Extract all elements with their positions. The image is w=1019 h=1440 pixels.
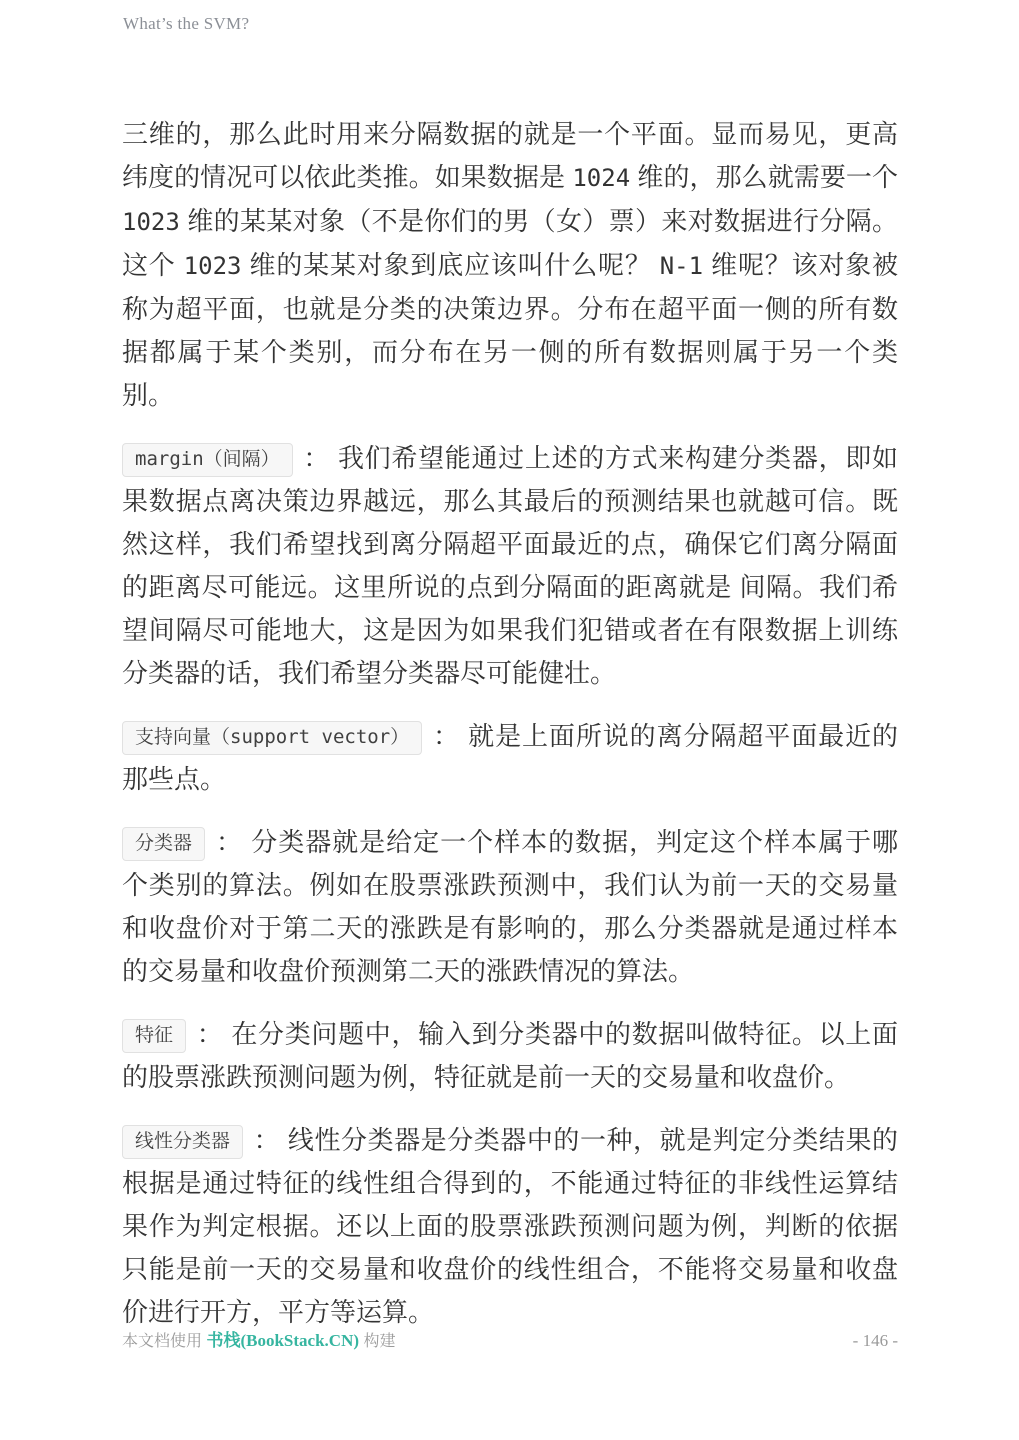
footer-prefix: 本文档使用 — [122, 1333, 202, 1350]
inline-code: 1024 — [572, 164, 630, 192]
footer-suffix: 构建 — [363, 1333, 395, 1350]
paragraph: 分类器： 分类器就是给定一个样本的数据，判定这个样本属于哪个类别的算法。例如在股… — [122, 821, 898, 993]
page-number: - 146 - — [853, 1331, 898, 1351]
paragraph: 支持向量（support vector）： 就是上面所说的离分隔超平面最近的那些… — [122, 715, 898, 801]
footer-builder-note: 本文档使用 书栈(BookStack.CN) 构建 — [122, 1326, 395, 1351]
term-badge: 线性分类器 — [122, 1125, 243, 1159]
term-badge: 支持向量（support vector） — [122, 721, 422, 755]
inline-code: 1023 — [122, 208, 180, 236]
page-footer: 本文档使用 书栈(BookStack.CN) 构建 - 146 - — [122, 1326, 898, 1351]
term-badge: 特征 — [122, 1019, 186, 1053]
paragraph: margin（间隔）： 我们希望能通过上述的方式来构建分类器，即如果数据点离决策… — [122, 437, 898, 695]
bookstack-brand-link[interactable]: 书栈(BookStack.CN) — [206, 1331, 359, 1350]
paragraph: 三维的，那么此时用来分隔数据的就是一个平面。显而易见，更高纬度的情况可以依此类推… — [122, 113, 898, 417]
term-badge: margin（间隔） — [122, 443, 293, 477]
header-title: What’s the SVM? — [123, 14, 249, 33]
paragraph: 线性分类器： 线性分类器是分类器中的一种，就是判定分类结果的根据是通过特征的线性… — [122, 1119, 898, 1334]
inline-code: N-1 — [660, 252, 703, 280]
document-page: What’s the SVM? 三维的，那么此时用来分隔数据的就是一个平面。显而… — [0, 0, 1019, 1440]
paragraph: 特征： 在分类问题中，输入到分类器中的数据叫做特征。以上面的股票涨跌预测问题为例… — [122, 1013, 898, 1099]
inline-code: 1023 — [184, 252, 242, 280]
term-badge: 分类器 — [122, 827, 205, 861]
page-header: What’s the SVM? — [123, 14, 249, 34]
document-body: 三维的，那么此时用来分隔数据的就是一个平面。显而易见，更高纬度的情况可以依此类推… — [122, 113, 898, 1354]
